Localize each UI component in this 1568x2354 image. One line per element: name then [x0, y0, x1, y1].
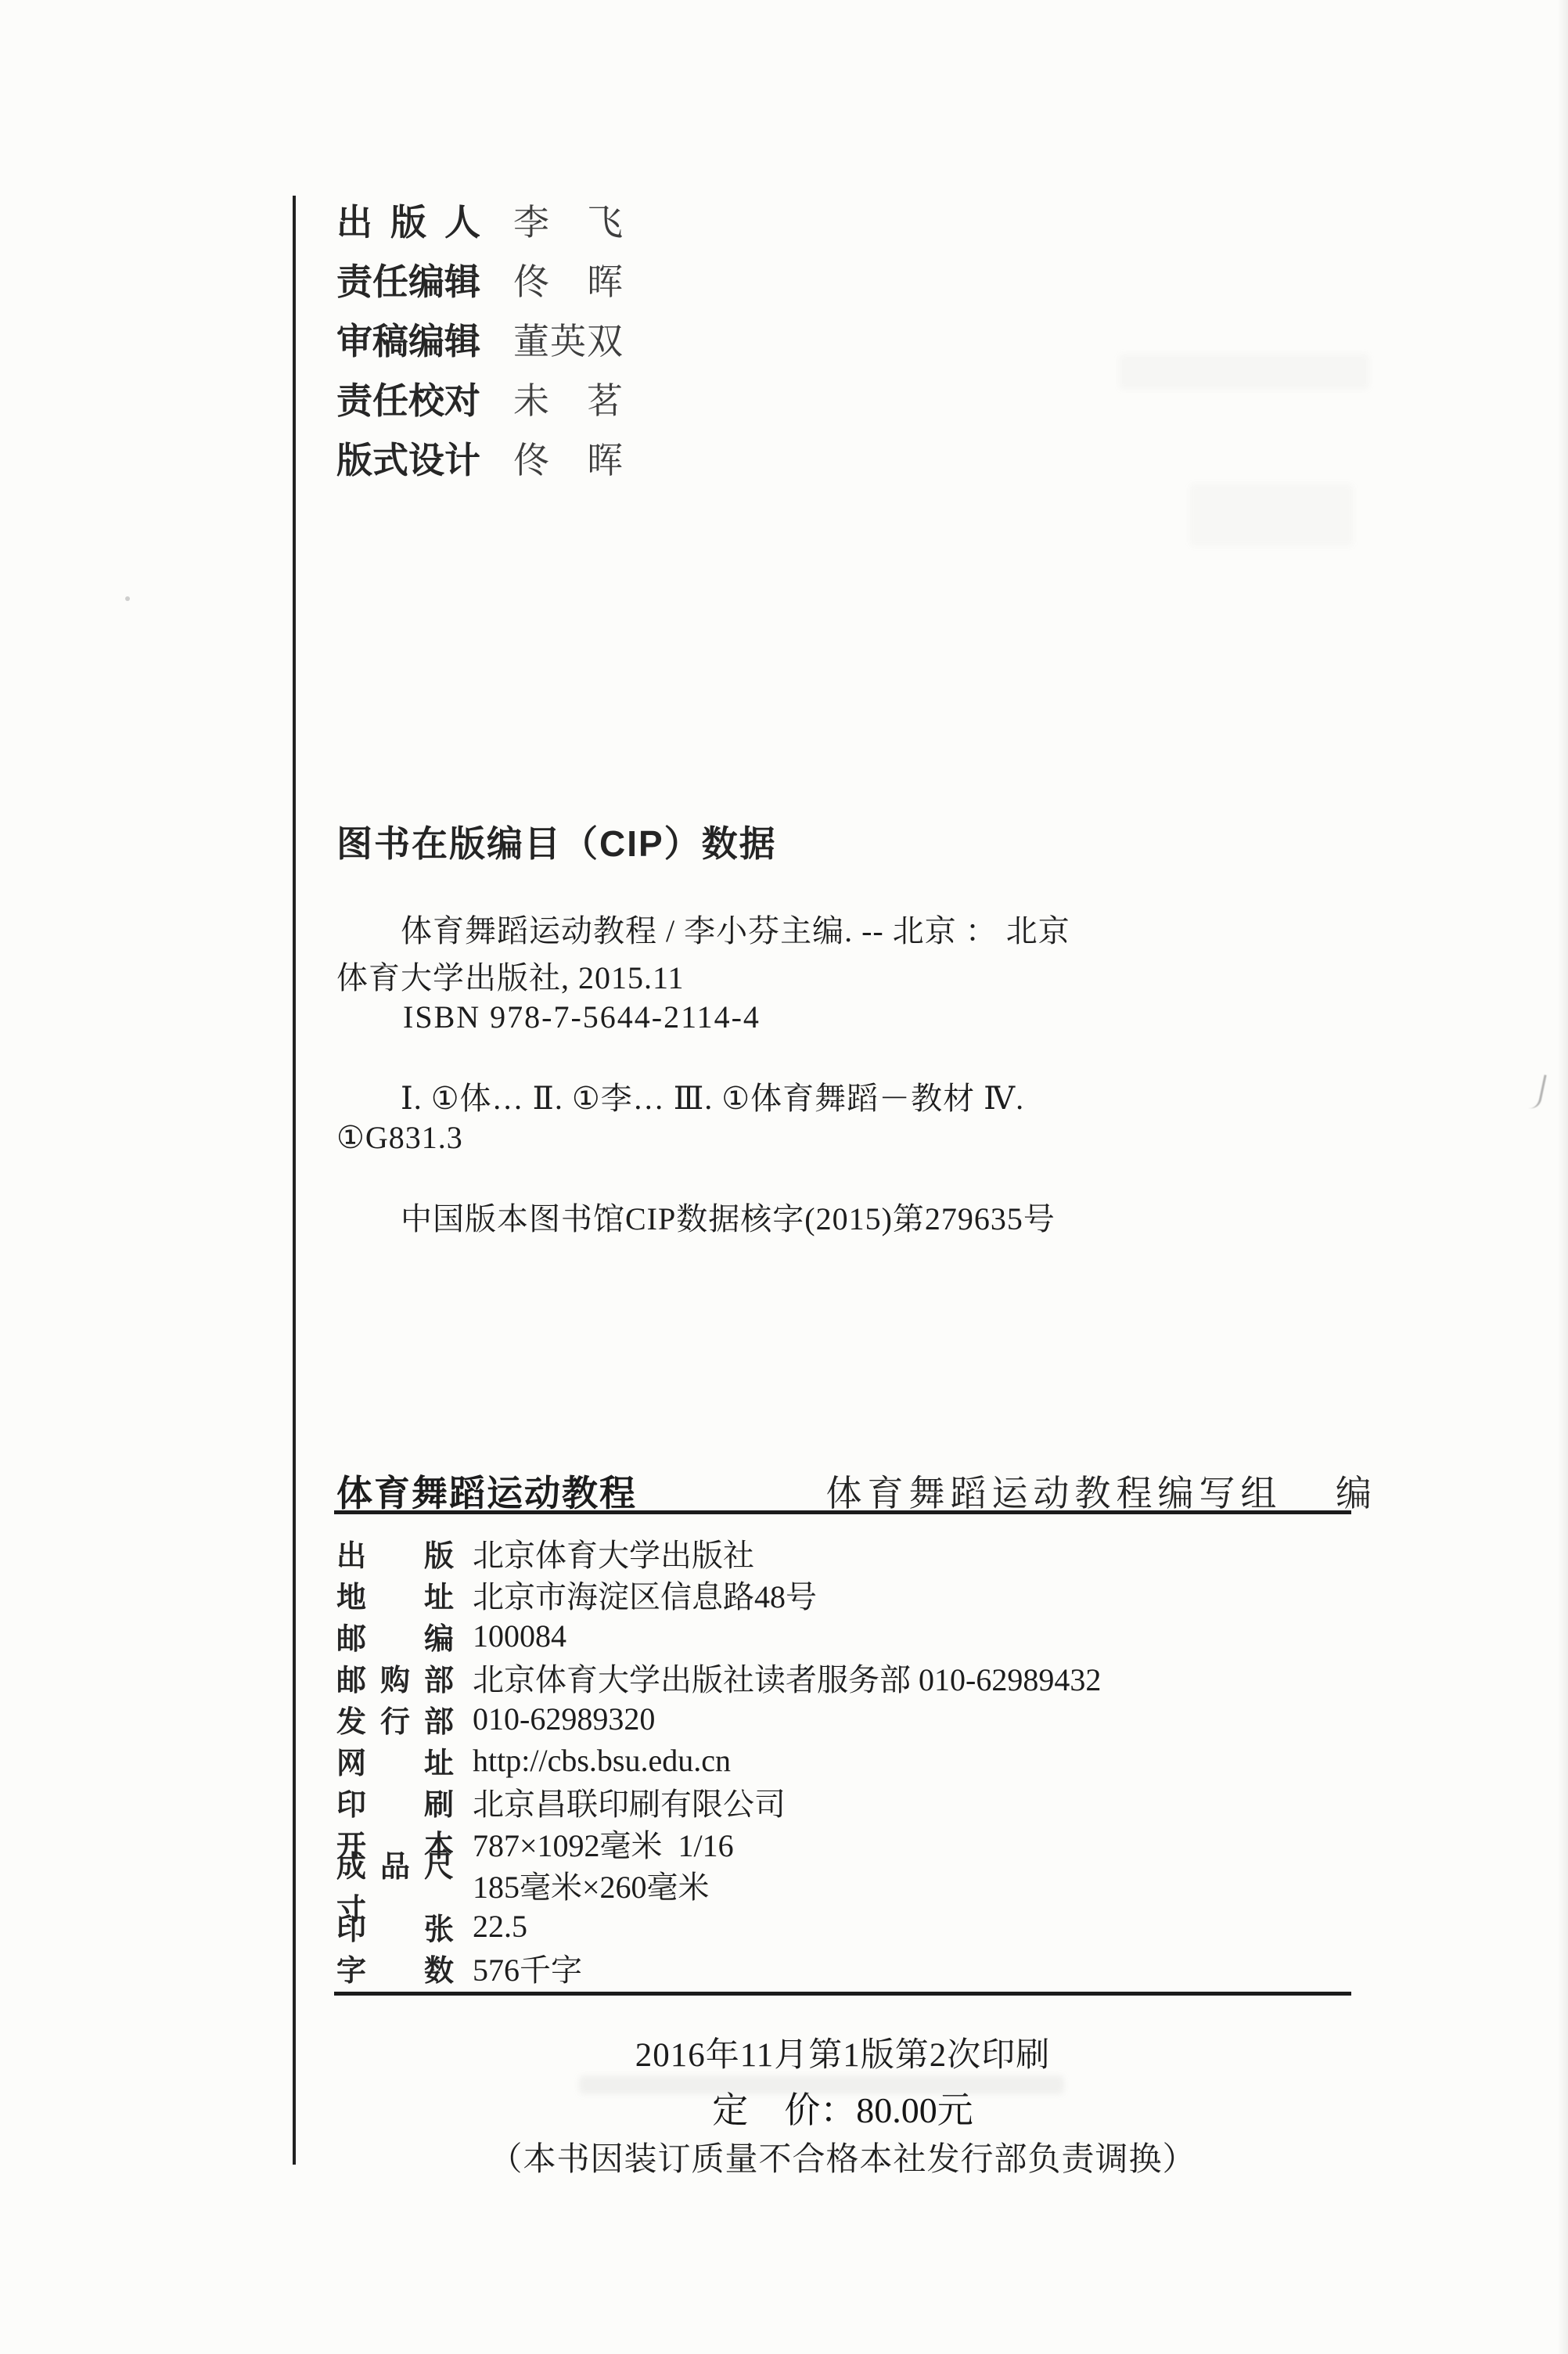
cip-isbn: ISBN 978-7-5644-2114-4: [403, 999, 761, 1035]
credit-row: 版式设计 佟晖: [336, 428, 623, 488]
publication-info-row: 字数 576千字: [336, 1947, 1101, 1989]
credit-person-name: 李飞: [513, 194, 623, 246]
cip-classification-line-2: ①G831.3: [336, 1119, 463, 1156]
publication-info-row: 网址 http://cbs.bsu.edu.cn: [336, 1740, 1101, 1781]
publication-info-row: 邮编 100084: [336, 1615, 1101, 1657]
publication-field-value: 北京昌联印刷有限公司: [473, 1780, 786, 1824]
publication-field-value: 185毫米×260毫米: [473, 1863, 710, 1907]
scan-bleed-artifact: [1119, 354, 1369, 390]
editor-suffix: 编: [1336, 1474, 1377, 1514]
publication-field-label: 地址: [336, 1573, 454, 1616]
publication-field-label: 印张: [336, 1905, 454, 1948]
book-title: 体育舞蹈运动教程: [336, 1465, 637, 1517]
credit-row: 责任编辑 佟晖: [336, 250, 623, 309]
credit-row: 责任校对 未茗: [336, 369, 623, 428]
publication-info-table: 出版 北京体育大学出版社 地址 北京市海淀区信息路48号 邮编 100084 邮…: [336, 1532, 1101, 1989]
divider-rule-bottom: [334, 1992, 1351, 1996]
publication-info-row: 成品尺寸 185毫米×260毫米: [336, 1864, 1101, 1906]
publication-field-value: 北京体育大学出版社读者服务部 010-62989432: [473, 1655, 1101, 1700]
publication-info-row: 地址 北京市海淀区信息路48号: [336, 1574, 1101, 1615]
staff-credits: 出版人 李飞 责任编辑 佟晖 审稿编辑 董英双 责任校对 未茗 版式设计 佟晖: [336, 190, 623, 488]
scan-bleed-artifact: [1189, 484, 1354, 546]
cip-title-line: 体育舞蹈运动教程 / 李小芬主编. -- 北京 ： 北京: [401, 906, 1070, 951]
credit-person-name: 佟晖: [513, 432, 623, 484]
printing-edition-line: 2016年11月第1版第2次印刷: [334, 2028, 1351, 2076]
left-vertical-rule: [293, 196, 296, 2165]
publication-field-value: 576千字: [473, 1945, 582, 1990]
publication-field-value: 100084: [473, 1618, 566, 1654]
credit-role-label: 责任校对: [336, 373, 480, 424]
editors-name: 体育舞蹈运动教程编写组: [826, 1474, 1282, 1514]
credit-person-name: 未茗: [513, 373, 623, 424]
credit-role-label: 责任编辑: [336, 254, 480, 305]
scan-bleed-artifact: [579, 2075, 1064, 2094]
publication-field-value: 北京体育大学出版社: [473, 1531, 754, 1575]
credit-row: 审稿编辑 董英双: [336, 309, 623, 369]
publication-info-row: 出版 北京体育大学出版社: [336, 1532, 1101, 1574]
credit-person-name: 佟晖: [513, 254, 623, 305]
divider-rule-top: [334, 1510, 1351, 1514]
colophon-title-row: 体育舞蹈运动教程 体育舞蹈运动教程编写组 编: [336, 1465, 1377, 1517]
dust-speck-artifact: [125, 596, 130, 601]
publication-field-label: 邮购部: [336, 1656, 454, 1699]
cip-registry-number: 中国版本图书馆CIP数据核字(2015)第279635号: [401, 1194, 1056, 1239]
publication-field-value: 22.5: [473, 1908, 527, 1945]
credit-role-label: 版式设计: [336, 432, 480, 484]
publication-field-value: http://cbs.bsu.edu.cn: [473, 1742, 731, 1779]
publication-field-label: 发行部: [336, 1697, 454, 1740]
credit-role-label: 出版人: [336, 194, 480, 246]
credit-role-label: 审稿编辑: [336, 313, 480, 365]
publication-info-row: 发行部 010-62989320: [336, 1698, 1101, 1740]
copyright-page: 出版人 李飞 责任编辑 佟晖 审稿编辑 董英双 责任校对 未茗 版式设计 佟晖: [0, 0, 1568, 2354]
publication-field-label: 邮编: [336, 1614, 454, 1658]
publication-info-row: 邮购部 北京体育大学出版社读者服务部 010-62989432: [336, 1657, 1101, 1698]
publication-field-value: 北京市海淀区信息路48号: [473, 1572, 817, 1617]
cip-publisher-line: 体育大学出版社, 2015.11: [336, 953, 685, 998]
credit-row: 出版人 李飞: [336, 190, 623, 250]
publication-field-label: 出版: [336, 1532, 454, 1575]
publication-field-label: 网址: [336, 1739, 454, 1782]
publication-field-label: 字数: [336, 1946, 454, 1989]
publication-info-row: 印刷 北京昌联印刷有限公司: [336, 1781, 1101, 1823]
cip-classification-line-1: Ⅰ. ①体… Ⅱ. ①李… Ⅲ. ①体育舞蹈－教材 Ⅳ.: [401, 1074, 1024, 1118]
publication-field-value: 787×1092毫米 1/16: [473, 1821, 734, 1866]
publication-field-value: 010-62989320: [473, 1701, 655, 1737]
publication-field-label: 印刷: [336, 1780, 454, 1823]
price-value: 80.00元: [856, 2090, 973, 2130]
price-label: 定 价：: [712, 2090, 856, 2130]
editors-group: 体育舞蹈运动教程编写组 编: [826, 1465, 1378, 1517]
pen-mark-artifact: [1528, 1073, 1546, 1110]
binding-quality-notice: （本书因装订质量不合格本社发行部负责调换）: [334, 2133, 1351, 2180]
credit-person-name: 董英双: [513, 313, 623, 365]
publication-info-row: 印张 22.5: [336, 1906, 1101, 1947]
page-edge-shadow: [1557, 0, 1568, 2354]
cip-heading: 图书在版编目（CIP）数据: [336, 815, 777, 867]
